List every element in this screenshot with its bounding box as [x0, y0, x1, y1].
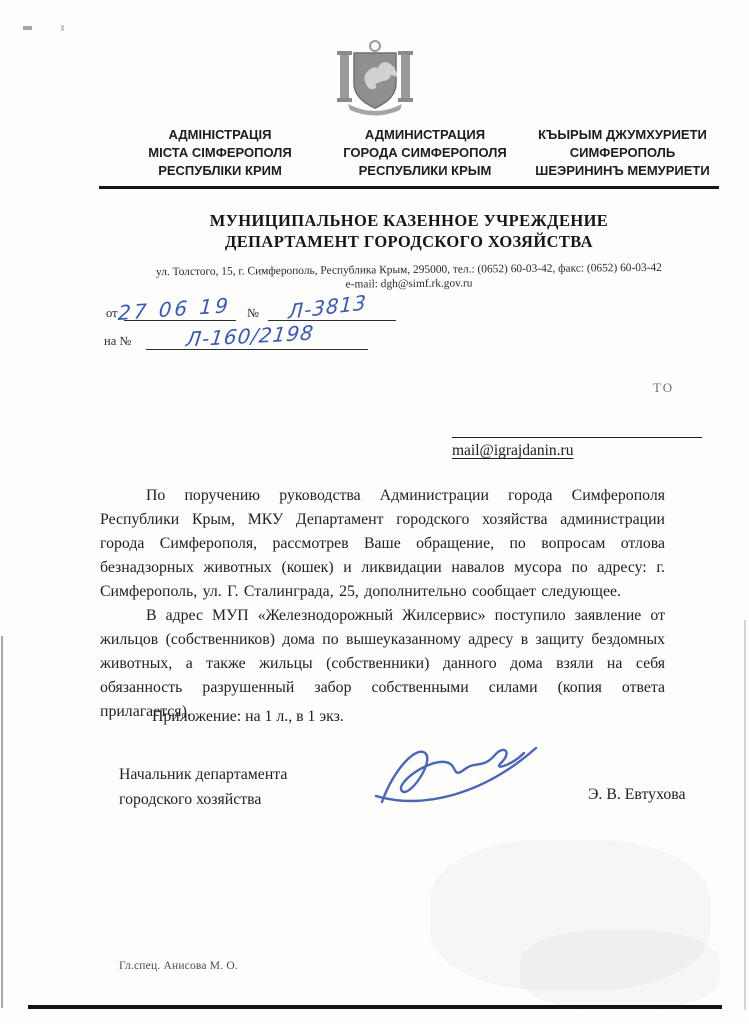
- ref-num-label: №: [247, 306, 259, 321]
- attachment-note: Приложение: на 1 л., в 1 экз.: [100, 708, 500, 726]
- scan-edge-left: [1, 636, 3, 1008]
- scan-edge-right: [744, 620, 746, 1010]
- handwritten-outgoing-number: Л-3813: [288, 290, 368, 324]
- signer-position: Начальник департамента городского хозяйс…: [119, 762, 287, 812]
- executor-note: Гл.спец. Анисова М. О.: [119, 960, 238, 972]
- contact-address: ул. Толстого, 15, г. Симферополь, Респуб…: [84, 260, 734, 294]
- addressee-email: mail@igrajdanin.ru: [452, 442, 573, 460]
- org-crh-line2: СИМФЕРОПОЛЬ: [515, 144, 730, 162]
- letterhead-divider: [99, 186, 719, 189]
- scan-speck: [23, 26, 32, 30]
- org-uk-line3: РЕСПУБЛІКИ КРИМ: [95, 162, 345, 180]
- org-name-ukrainian: АДМІНІСТРАЦІЯ МІСТА СІМФЕРОПОЛЯ РЕСПУБЛІ…: [95, 126, 345, 180]
- org-name-crimean-tatar: КЪЫРЫМ ДЖУМХУРИЕТИ СИМФЕРОПОЛЬ ШЕЭРИНИНЪ…: [515, 126, 730, 180]
- stray-scan-mark: ТО: [653, 380, 674, 396]
- scan-edge-bottom: [28, 1005, 722, 1009]
- crimea-coat-of-arms-icon: [332, 40, 418, 118]
- signer-position-line2: городского хозяйства: [119, 787, 287, 812]
- body-paragraph-1: По поручению руководства Администрации г…: [100, 484, 665, 604]
- org-crh-line3: ШЕЭРИНИНЪ МЕМУРИЕТИ: [515, 162, 730, 180]
- institution-title: МУНИЦИПАЛЬНОЕ КАЗЕННОЕ УЧРЕЖДЕНИЕ ДЕПАРТ…: [99, 210, 719, 252]
- org-ru-line1: АДМИНИСТРАЦИЯ: [330, 126, 520, 144]
- addressee-rule: [452, 437, 702, 438]
- ref-from-label: от: [106, 306, 118, 321]
- scan-noise: [520, 930, 720, 1010]
- org-ru-line3: РЕСПУБЛИКИ КРЫМ: [330, 162, 520, 180]
- signer-position-line1: Начальник департамента: [119, 762, 287, 787]
- org-name-russian: АДМИНИСТРАЦИЯ ГОРОДА СИМФЕРОПОЛЯ РЕСПУБЛ…: [330, 126, 520, 180]
- scanned-letter-page: АДМІНІСТРАЦІЯ МІСТА СІМФЕРОПОЛЯ РЕСПУБЛІ…: [0, 0, 749, 1024]
- signer-name: Э. В. Евтухова: [588, 786, 686, 804]
- org-crh-line1: КЪЫРЫМ ДЖУМХУРИЕТИ: [515, 126, 730, 144]
- institution-line2: ДЕПАРТАМЕНТ ГОРОДСКОГО ХОЗЯЙСТВА: [99, 231, 719, 252]
- body-paragraph-2: В адрес МУП «Железнодорожный Жилсервис» …: [100, 604, 665, 724]
- org-ru-line2: ГОРОДА СИМФЕРОПОЛЯ: [330, 144, 520, 162]
- scan-speck: [61, 25, 64, 31]
- institution-line1: МУНИЦИПАЛЬНОЕ КАЗЕННОЕ УЧРЕЖДЕНИЕ: [99, 210, 719, 231]
- handwritten-incoming-number: Л-160/2198: [185, 321, 316, 352]
- ref-onnum-blank: [146, 349, 368, 350]
- letter-body: По поручению руководства Администрации г…: [100, 484, 665, 724]
- ref-onnum-label: на №: [104, 334, 131, 349]
- handwritten-signature-icon: [372, 738, 547, 820]
- org-uk-line2: МІСТА СІМФЕРОПОЛЯ: [95, 144, 345, 162]
- org-uk-line1: АДМІНІСТРАЦІЯ: [95, 126, 345, 144]
